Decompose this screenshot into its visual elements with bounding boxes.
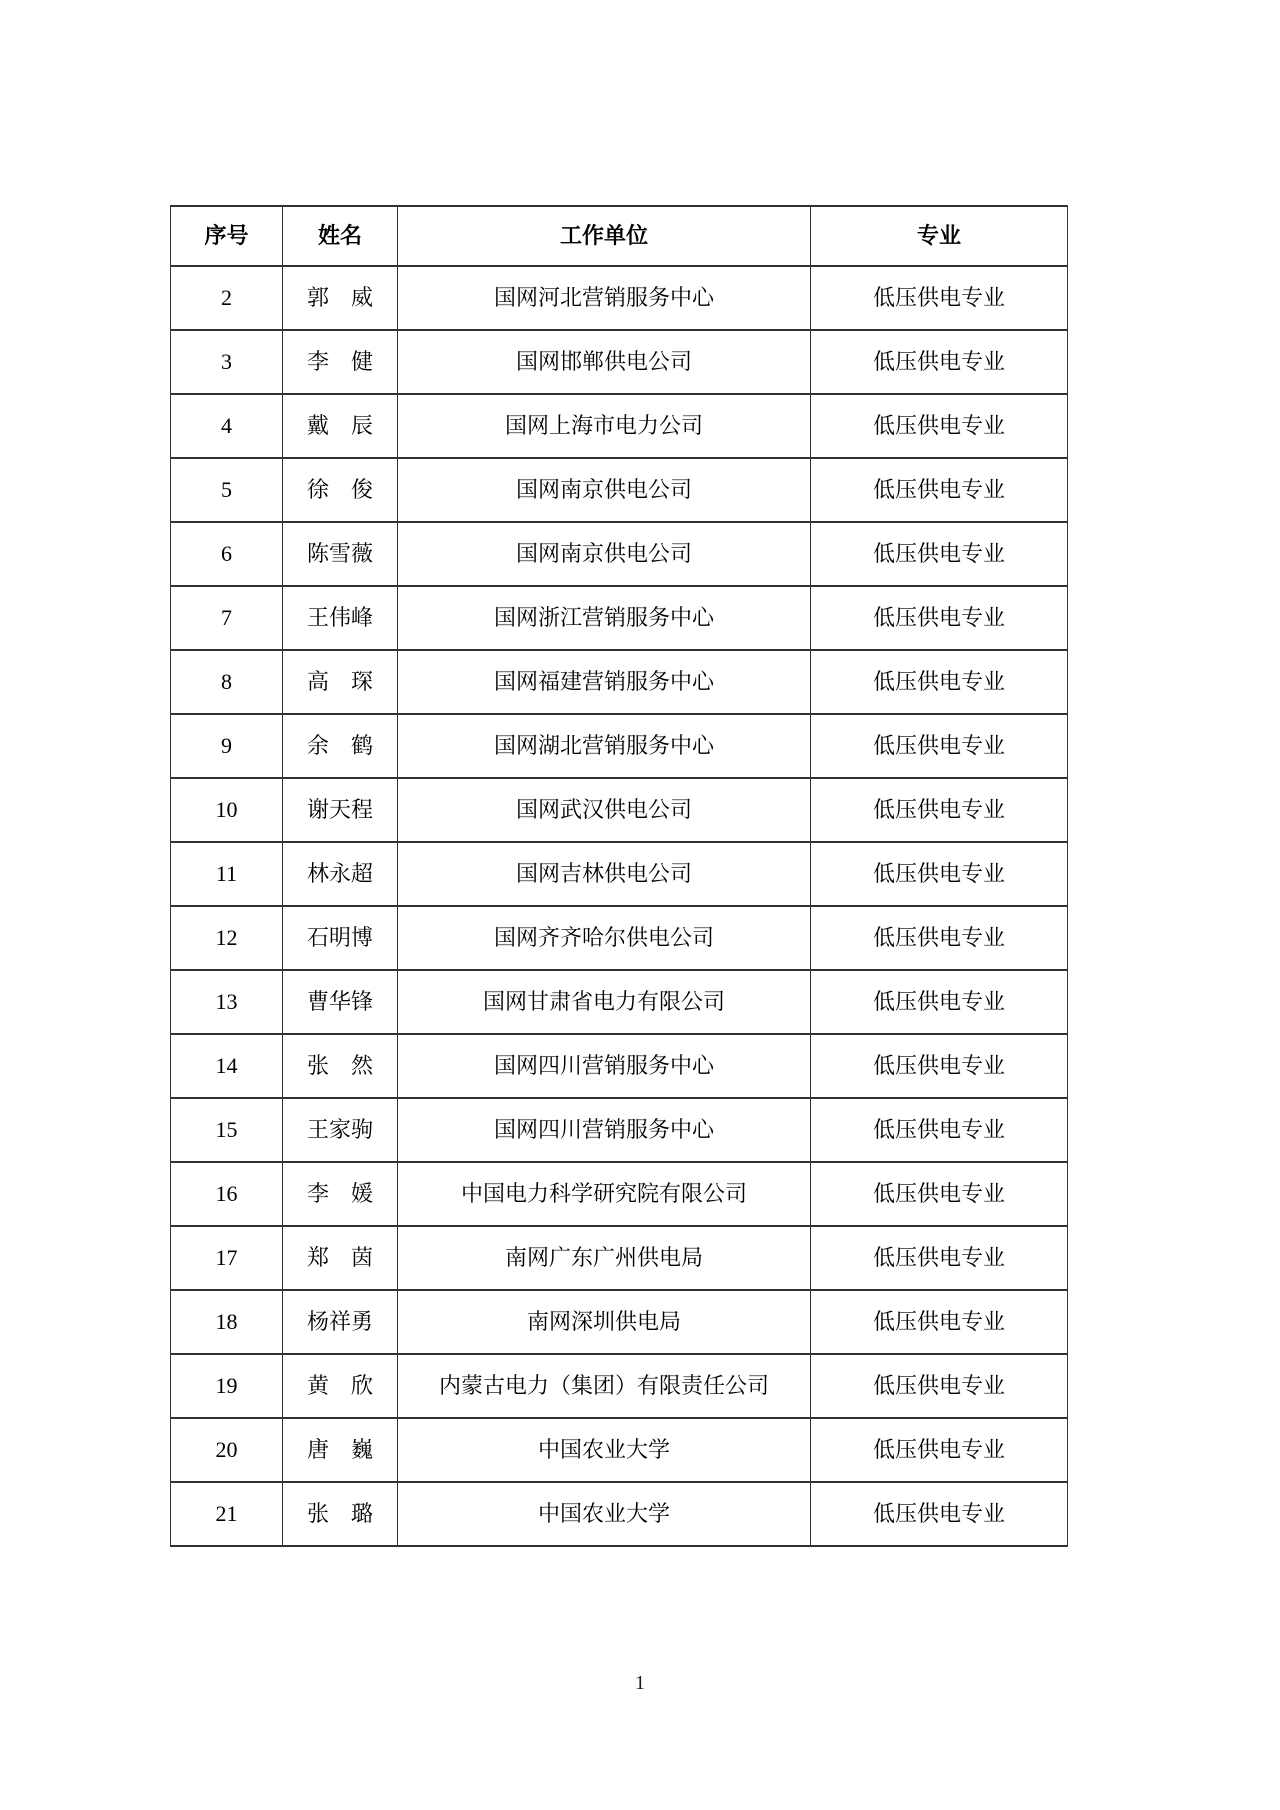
table-row: 19黄 欣内蒙古电力（集团）有限责任公司低压供电专业	[171, 1354, 1068, 1418]
table-row: 18杨祥勇南网深圳供电局低压供电专业	[171, 1290, 1068, 1354]
document-page: 序号 姓名 工作单位 专业 2郭 威国网河北营销服务中心低压供电专业3李 健国网…	[0, 0, 1280, 1810]
cell-index: 5	[171, 458, 283, 522]
cell-major: 低压供电专业	[811, 1418, 1068, 1482]
cell-unit: 国网齐齐哈尔供电公司	[398, 906, 811, 970]
cell-unit: 国网河北营销服务中心	[398, 266, 811, 330]
cell-major: 低压供电专业	[811, 586, 1068, 650]
cell-unit: 中国农业大学	[398, 1482, 811, 1546]
cell-name: 郑 茵	[283, 1226, 398, 1290]
cell-unit: 南网广东广州供电局	[398, 1226, 811, 1290]
cell-major: 低压供电专业	[811, 778, 1068, 842]
table-row: 9余 鹤国网湖北营销服务中心低压供电专业	[171, 714, 1068, 778]
table-row: 2郭 威国网河北营销服务中心低压供电专业	[171, 266, 1068, 330]
table-row: 10谢天程国网武汉供电公司低压供电专业	[171, 778, 1068, 842]
cell-name: 唐 巍	[283, 1418, 398, 1482]
cell-unit: 国网上海市电力公司	[398, 394, 811, 458]
column-header-name: 姓名	[283, 206, 398, 266]
cell-index: 2	[171, 266, 283, 330]
cell-index: 21	[171, 1482, 283, 1546]
page-number: 1	[0, 1672, 1280, 1695]
cell-unit: 国网邯郸供电公司	[398, 330, 811, 394]
cell-unit: 国网四川营销服务中心	[398, 1098, 811, 1162]
cell-major: 低压供电专业	[811, 650, 1068, 714]
table-row: 6陈雪薇国网南京供电公司低压供电专业	[171, 522, 1068, 586]
cell-major: 低压供电专业	[811, 714, 1068, 778]
cell-unit: 国网湖北营销服务中心	[398, 714, 811, 778]
cell-name: 徐 俊	[283, 458, 398, 522]
table-row: 15王家驹国网四川营销服务中心低压供电专业	[171, 1098, 1068, 1162]
cell-index: 15	[171, 1098, 283, 1162]
cell-index: 9	[171, 714, 283, 778]
cell-index: 11	[171, 842, 283, 906]
cell-major: 低压供电专业	[811, 330, 1068, 394]
cell-major: 低压供电专业	[811, 1034, 1068, 1098]
cell-major: 低压供电专业	[811, 1162, 1068, 1226]
cell-name: 王家驹	[283, 1098, 398, 1162]
cell-unit: 国网甘肃省电力有限公司	[398, 970, 811, 1034]
table-row: 17郑 茵南网广东广州供电局低压供电专业	[171, 1226, 1068, 1290]
cell-index: 16	[171, 1162, 283, 1226]
cell-major: 低压供电专业	[811, 1354, 1068, 1418]
cell-name: 高 琛	[283, 650, 398, 714]
cell-name: 张 璐	[283, 1482, 398, 1546]
cell-name: 石明博	[283, 906, 398, 970]
cell-major: 低压供电专业	[811, 394, 1068, 458]
column-header-unit: 工作单位	[398, 206, 811, 266]
cell-major: 低压供电专业	[811, 1226, 1068, 1290]
cell-unit: 国网南京供电公司	[398, 522, 811, 586]
cell-major: 低压供电专业	[811, 1098, 1068, 1162]
cell-major: 低压供电专业	[811, 522, 1068, 586]
cell-name: 王伟峰	[283, 586, 398, 650]
cell-index: 17	[171, 1226, 283, 1290]
cell-major: 低压供电专业	[811, 1290, 1068, 1354]
table-row: 20唐 巍中国农业大学低压供电专业	[171, 1418, 1068, 1482]
cell-index: 10	[171, 778, 283, 842]
cell-major: 低压供电专业	[811, 842, 1068, 906]
cell-index: 7	[171, 586, 283, 650]
cell-unit: 中国电力科学研究院有限公司	[398, 1162, 811, 1226]
table-body: 2郭 威国网河北营销服务中心低压供电专业3李 健国网邯郸供电公司低压供电专业4戴…	[171, 266, 1068, 1546]
cell-name: 戴 辰	[283, 394, 398, 458]
cell-name: 李 媛	[283, 1162, 398, 1226]
table-row: 5徐 俊国网南京供电公司低压供电专业	[171, 458, 1068, 522]
cell-unit: 中国农业大学	[398, 1418, 811, 1482]
cell-name: 李 健	[283, 330, 398, 394]
roster-table: 序号 姓名 工作单位 专业 2郭 威国网河北营销服务中心低压供电专业3李 健国网…	[170, 205, 1068, 1547]
cell-index: 19	[171, 1354, 283, 1418]
column-header-major: 专业	[811, 206, 1068, 266]
cell-unit: 国网浙江营销服务中心	[398, 586, 811, 650]
column-header-index: 序号	[171, 206, 283, 266]
cell-name: 陈雪薇	[283, 522, 398, 586]
table-row: 14张 然国网四川营销服务中心低压供电专业	[171, 1034, 1068, 1098]
cell-index: 14	[171, 1034, 283, 1098]
table-row: 21张 璐中国农业大学低压供电专业	[171, 1482, 1068, 1546]
cell-name: 黄 欣	[283, 1354, 398, 1418]
cell-unit: 国网武汉供电公司	[398, 778, 811, 842]
header-row: 序号 姓名 工作单位 专业	[171, 206, 1068, 266]
cell-index: 20	[171, 1418, 283, 1482]
table-row: 11林永超国网吉林供电公司低压供电专业	[171, 842, 1068, 906]
table-row: 3李 健国网邯郸供电公司低压供电专业	[171, 330, 1068, 394]
table-row: 16李 媛中国电力科学研究院有限公司低压供电专业	[171, 1162, 1068, 1226]
cell-unit: 国网吉林供电公司	[398, 842, 811, 906]
table-row: 12石明博国网齐齐哈尔供电公司低压供电专业	[171, 906, 1068, 970]
cell-major: 低压供电专业	[811, 970, 1068, 1034]
cell-name: 谢天程	[283, 778, 398, 842]
table-row: 13曹华锋国网甘肃省电力有限公司低压供电专业	[171, 970, 1068, 1034]
cell-name: 杨祥勇	[283, 1290, 398, 1354]
cell-index: 3	[171, 330, 283, 394]
table-row: 7王伟峰国网浙江营销服务中心低压供电专业	[171, 586, 1068, 650]
cell-unit: 内蒙古电力（集团）有限责任公司	[398, 1354, 811, 1418]
cell-major: 低压供电专业	[811, 458, 1068, 522]
cell-index: 8	[171, 650, 283, 714]
cell-unit: 南网深圳供电局	[398, 1290, 811, 1354]
cell-major: 低压供电专业	[811, 266, 1068, 330]
cell-index: 18	[171, 1290, 283, 1354]
cell-major: 低压供电专业	[811, 906, 1068, 970]
cell-index: 6	[171, 522, 283, 586]
table-row: 4戴 辰国网上海市电力公司低压供电专业	[171, 394, 1068, 458]
cell-name: 余 鹤	[283, 714, 398, 778]
cell-unit: 国网南京供电公司	[398, 458, 811, 522]
cell-name: 林永超	[283, 842, 398, 906]
cell-unit: 国网四川营销服务中心	[398, 1034, 811, 1098]
cell-index: 4	[171, 394, 283, 458]
cell-major: 低压供电专业	[811, 1482, 1068, 1546]
cell-name: 郭 威	[283, 266, 398, 330]
cell-name: 曹华锋	[283, 970, 398, 1034]
table-row: 8高 琛国网福建营销服务中心低压供电专业	[171, 650, 1068, 714]
cell-index: 12	[171, 906, 283, 970]
cell-unit: 国网福建营销服务中心	[398, 650, 811, 714]
cell-index: 13	[171, 970, 283, 1034]
cell-name: 张 然	[283, 1034, 398, 1098]
